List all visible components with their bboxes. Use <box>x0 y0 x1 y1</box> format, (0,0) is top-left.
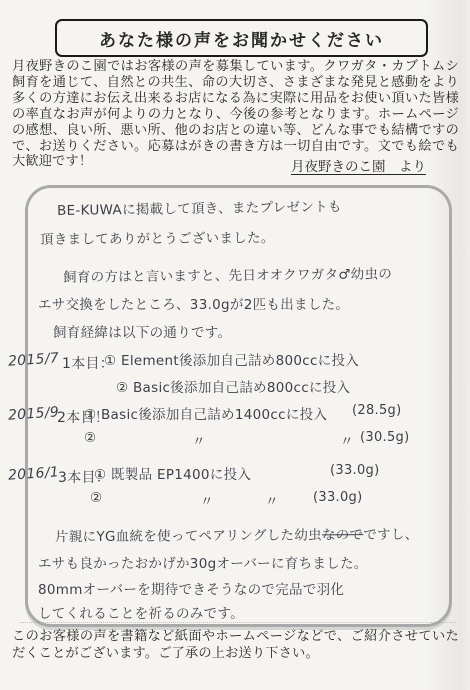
entry-2-row-2-weight: (30.5g) <box>360 430 409 445</box>
entry-2-row-2-ditto-1: 〃 <box>192 430 206 450</box>
row-number: ① <box>104 353 116 369</box>
entry-3-row-2-number: ② <box>90 490 102 506</box>
entry-2-row-2-ditto-2: 〃 <box>340 430 354 450</box>
signature-text: 月夜野きのこ園 より <box>291 159 426 174</box>
closing-line-1: 片親にYG血統を使ってペアリングした幼虫なのでですし、 <box>55 523 419 546</box>
closing-line-2: エサも良かったおかげか30gオーバーに育ちました。 <box>38 552 368 572</box>
row-number: ① <box>94 467 106 483</box>
intro-paragraph: 月夜野きのこ園ではお客様の声を募集しています。クワガタ・カブトムシ飼育を通じて、… <box>12 58 459 169</box>
entry-1-row-1: ① Element後添加自己詰め800ccに投入 <box>104 349 359 369</box>
note-line-3: 飼育の方はと言いますと、先日オオクワガタ♂幼虫の <box>63 262 392 285</box>
closing-post: ですし、 <box>363 527 418 543</box>
entry-2-row-2-number: ② <box>84 430 96 446</box>
note-line-2: 頂きましてありがとうございました。 <box>40 226 275 248</box>
closing-line-3: 80mmオーバーを期待できそうなので完品で羽化 <box>38 578 344 598</box>
entry-3-row-2-ditto-1: 〃 <box>200 490 214 510</box>
entry-3-row-2-weight: (33.0g) <box>313 490 362 505</box>
row-text: Basic後添加自己詰め800ccに投入 <box>133 380 350 396</box>
feedback-postcard: あなた様の声をお聞かせください 月夜野きのこ園ではお客様の声を募集しています。ク… <box>0 0 470 690</box>
entry-3-row-1-weight: (33.0g) <box>330 463 379 478</box>
row-text: Basic後添加自己詰め1400ccに投入 <box>101 407 327 423</box>
closing-pre: 片親にYG血統を使ってペアリングした幼虫 <box>55 527 322 545</box>
entry-1-row-2: ② Basic後添加自己詰め800ccに投入 <box>116 376 350 396</box>
entry-2-row-1-weight: (28.5g) <box>352 403 401 418</box>
perforation-line <box>20 622 456 623</box>
row-number: ② <box>116 380 128 396</box>
signature-line: 月夜野きのこ園 より <box>291 155 426 175</box>
note-line-4: エサ交換をしたところ、33.0gが2匹も出ました。 <box>38 293 349 313</box>
form-title: あなた様の声をお聞かせください <box>99 26 384 51</box>
note-line-1: BE-KUWAに掲載して頂き、またプレゼントも <box>57 195 342 219</box>
row-text: 既製品 EP1400に投入 <box>111 467 251 483</box>
row-text: Element後添加自己詰め800ccに投入 <box>121 353 359 369</box>
strikethrough-text: なので <box>322 527 364 543</box>
closing-line-4: してくれることを祈るのみです。 <box>38 602 244 622</box>
entry-2-row-1: ① Basic後添加自己詰め1400ccに投入 <box>84 403 327 423</box>
note-line-5: 飼育経緯は以下の通りです。 <box>53 321 231 341</box>
entry-3-row-2-ditto-2: 〃 <box>265 490 279 510</box>
entry-3-row-1: ① 既製品 EP1400に投入 <box>94 463 251 483</box>
row-number: ① <box>84 407 96 423</box>
form-title-box: あなた様の声をお聞かせください <box>55 19 428 57</box>
footer-paragraph: このお客様の声を書籍など紙面やホームページなどで、ご紹介させていただくことがござ… <box>12 628 459 662</box>
